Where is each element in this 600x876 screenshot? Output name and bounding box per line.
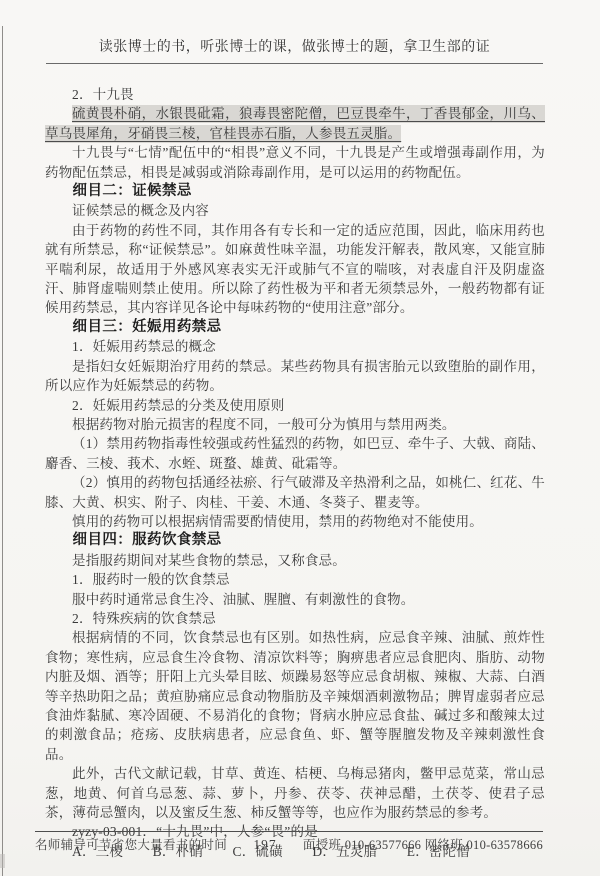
paragraph: 根据药物对胎元损害的程度不同，一般可分为慎用与禁用两类。 (45, 415, 545, 434)
page-footer: 名师辅导可节省您大量看书的时间 197 面授班 010-63577666 网络班… (35, 831, 543, 853)
paragraph: 此外，古代文献记载，甘草、黄连、桔梗、乌梅忌猪肉，鳖甲忌苋菜，常山忌葱，地黄、何… (45, 764, 545, 822)
paragraph: 根据病情的不同，饮食禁忌也有区别。如热性病，应忌食辛辣、油腻、煎炸性食物；寒性病… (45, 628, 545, 764)
section-heading-3: 细目三：妊娠用药禁忌 (45, 318, 545, 337)
paragraph: （1）禁用药物指毒性较强或药性猛烈的药物，如巴豆、牵牛子、大戟、商陆、麝香、三棱… (45, 434, 545, 473)
subitem: 2．特殊疾病的饮食禁忌 (45, 609, 545, 628)
highlight-text: 硫黄畏朴硝，水银畏砒霜，狼毒畏密陀僧，巴豆畏牵牛，丁香畏郁金，川乌、草乌畏犀角，… (45, 105, 545, 142)
section-heading-2: 细目二：证候禁忌 (45, 182, 545, 201)
paragraph: 是指服药期间对某些食物的禁忌，又称食忌。 (45, 551, 545, 570)
subitem: 1．服药时一般的饮食禁忌 (45, 570, 545, 589)
section-heading-4: 细目四：服药饮食禁忌 (45, 531, 545, 550)
highlighted-mnemonic: 硫黄畏朴硝，水银畏砒霜，狼毒畏密陀僧，巴豆畏牵牛，丁香畏郁金，川乌、草乌畏犀角，… (45, 104, 545, 143)
page-body: 2．十九畏 硫黄畏朴硝，水银畏砒霜，狼毒畏密陀僧，巴豆畏牵牛，丁香畏郁金，川乌、… (45, 85, 545, 861)
scanned-page: 读张博士的书，听张博士的课，做张博士的题，拿卫生部的证 2．十九畏 硫黄畏朴硝，… (0, 0, 600, 876)
paragraph: 由于药物的药性不同，其作用各有专长和一定的适应范围，因此，临床用药也就有所禁忌，… (45, 221, 545, 318)
paragraph: 证候禁忌的概念及内容 (45, 201, 545, 220)
paragraph: 慎用的药物可以根据病情需要酌情使用，禁用的药物绝对不能使用。 (45, 512, 545, 531)
subitem: 2．妊娠用药禁忌的分类及使用原则 (45, 396, 545, 415)
scan-edge-line (2, 26, 3, 876)
page-header: 读张博士的书，听张博士的课，做张博士的题，拿卫生部的证 (46, 36, 543, 64)
subitem: 1．妊娠用药禁忌的概念 (45, 337, 545, 356)
footer-contact: 面授班 010-63577666 网络班 010-63578666 (303, 835, 543, 853)
paragraph: 十九畏与“七情”配伍中的“相畏”意义不同，十九畏是产生或增强毒副作用，为药物配伍… (45, 143, 545, 182)
header-slogan: 读张博士的书，听张博士的课，做张博士的题，拿卫生部的证 (99, 40, 491, 55)
paragraph: 服中药时通常忌食生冷、油腻、腥膻、有刺激性的食物。 (45, 590, 545, 609)
subitem-nineteen-fears: 2．十九畏 (45, 85, 545, 104)
scan-smudge (0, 854, 5, 868)
footer-left-slogan: 名师辅导可节省您大量看书的时间 (35, 835, 227, 853)
paragraph: （2）慎用的药物包括通经祛瘀、行气破滞及辛热滑利之品，如桃仁、红花、牛膝、大黄、… (45, 473, 545, 512)
page-number: 197 (253, 837, 276, 853)
paragraph: 是指妇女妊娠期治疗用药的禁忌。某些药物具有损害胎元以致堕胎的副作用，所以应作为妊… (45, 357, 545, 396)
